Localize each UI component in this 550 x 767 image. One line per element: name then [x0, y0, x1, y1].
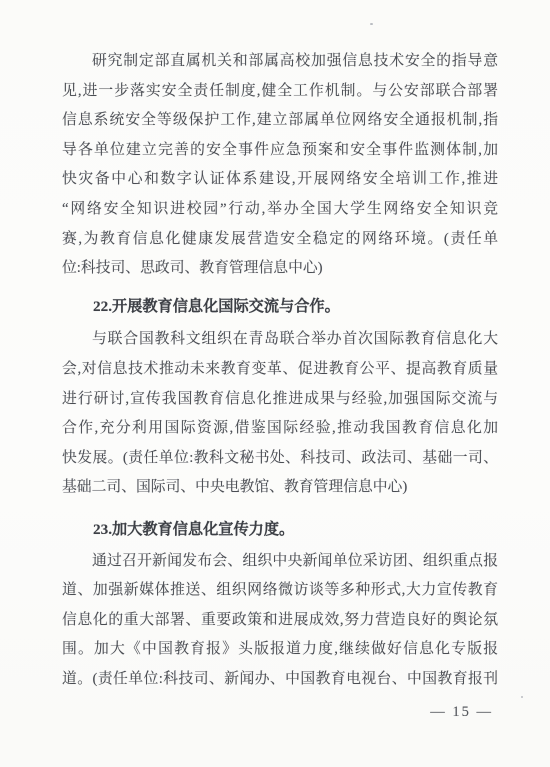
text-line: 合作,充分利用国际资源,借鉴国际经验,推动我国教育信息化加 — [62, 414, 498, 444]
text-line: “网络安全知识进校园”行动,举办全国大学生网络安全知识竞 — [62, 195, 498, 225]
text-line: 见,进一步落实安全责任制度,健全工作机制。与公安部联合部署 — [62, 77, 498, 107]
text-line: 基础二司、国际司、中央电教馆、教育管理信息中心) — [62, 473, 498, 503]
text-line: 位:科技司、思政司、教育管理信息中心) — [62, 254, 498, 284]
text-line: 会,对信息技术推动未来教育变革、促进教育公平、提高教育质量 — [62, 355, 498, 385]
scan-speck — [521, 696, 523, 698]
text-line: 快灾备中心和数字认证体系建设,开展网络安全培训工作,推进 — [62, 165, 498, 195]
paragraph-international: 与联合国教科文组织在青岛联合举办首次国际教育信息化大 会,对信息技术推动未来教育… — [62, 325, 498, 503]
text-line: 通过召开新闻发布会、组织中央新闻单位采访团、组织重点报 — [62, 547, 498, 577]
text-line: 围。加大《中国教育报》头版报道力度,继续做好信息化专版报 — [62, 635, 498, 665]
paragraph-publicity: 通过召开新闻发布会、组织中央新闻单位采访团、组织重点报 道、加强新媒体推送、组织… — [62, 547, 498, 695]
text-line: 进行研讨,宣传我国教育信息化推进成果与经验,加强国际交流与 — [62, 385, 498, 415]
scan-speck — [370, 23, 373, 25]
text-line: 与联合国教科文组织在青岛联合举办首次国际教育信息化大 — [62, 325, 498, 355]
text-line: 导各单位建立完善的安全事件应急预案和安全事件监测体制,加 — [62, 136, 498, 166]
page-body: 研究制定部直属机关和部属高校加强信息技术安全的指导意 见,进一步落实安全责任制度… — [62, 47, 498, 694]
text-line: 信息化的重大部署、重要政策和进展成效,努力营造良好的舆论氛 — [62, 606, 498, 636]
text-line: 道。(责任单位:科技司、新闻办、中国教育电视台、中国教育报刊 — [62, 665, 498, 695]
section-heading-22: 22.开展教育信息化国际交流与合作。 — [62, 292, 498, 322]
scanned-document-page: 研究制定部直属机关和部属高校加强信息技术安全的指导意 见,进一步落实安全责任制度… — [0, 0, 550, 767]
paragraph-security: 研究制定部直属机关和部属高校加强信息技术安全的指导意 见,进一步落实安全责任制度… — [62, 47, 498, 284]
text-line: 赛,为教育信息化健康发展营造安全稳定的网络环境。(责任单 — [62, 225, 498, 255]
text-line: 道、加强新媒体推送、组织网络微访谈等多种形式,大力宣传教育 — [62, 576, 498, 606]
text-line: 研究制定部直属机关和部属高校加强信息技术安全的指导意 — [62, 47, 498, 77]
section-heading-23: 23.加大教育信息化宣传力度。 — [62, 515, 498, 545]
text-line: 快发展。(责任单位:教科文秘书处、科技司、政法司、基础一司、 — [62, 444, 498, 474]
page-number: — 15 — — [430, 703, 493, 721]
text-line: 信息系统安全等级保护工作,建立部属单位网络安全通报机制,指 — [62, 106, 498, 136]
